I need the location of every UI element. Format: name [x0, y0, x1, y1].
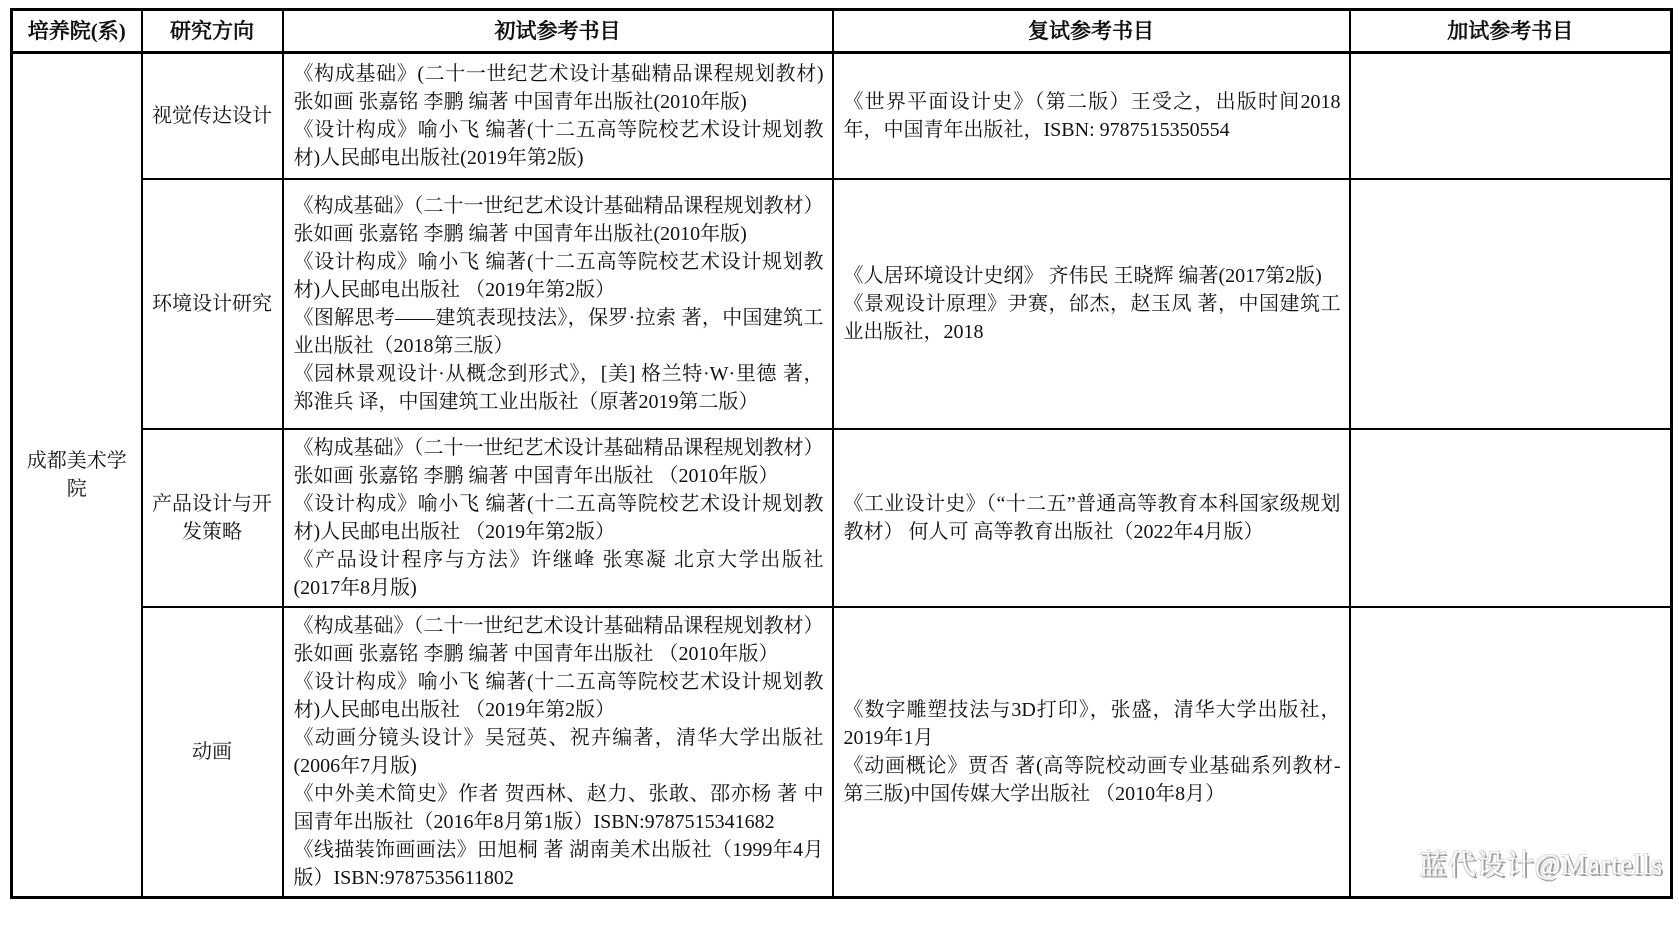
retest-books-cell: 《人居环境设计史纲》 齐伟民 王晓辉 编著(2017第2版)《景观设计原理》尹赛… — [833, 179, 1350, 429]
book-entry: 《构成基础》(二十一世纪艺术设计基础精品课程规划教材)张如画 张嘉铭 李鹏 编著… — [294, 60, 824, 116]
book-entry: 《产品设计程序与方法》许继峰 张寒凝 北京大学出版社(2017年8月版) — [294, 546, 824, 602]
book-entry: 《构成基础》（二十一世纪艺术设计基础精品课程规划教材） 张如画 张嘉铭 李鹏 编… — [294, 612, 824, 668]
header-cell-college: 培养院(系) — [12, 10, 142, 53]
book-entry: 《设计构成》喻小飞 编著(十二五高等院校艺术设计规划教材)人民邮电出版社(201… — [294, 116, 824, 172]
book-entry: 《人居环境设计史纲》 齐伟民 王晓辉 编著(2017第2版) — [844, 262, 1341, 290]
reference-books-table: 培养院(系) 研究方向 初试参考书目 复试参考书目 加试参考书目 成都美术学院 … — [10, 8, 1673, 899]
book-entry: 《中外美术简史》作者 贺西林、赵力、张敢、邵亦杨 著 中国青年出版社（2016年… — [294, 780, 824, 836]
retest-books-cell: 《世界平面设计史》（第二版）王受之，出版时间2018年，中国青年出版社，ISBN… — [833, 53, 1350, 179]
book-entry: 《工业设计史》（“十二五”普通高等教育本科国家级规划教材） 何人可 高等教育出版… — [844, 490, 1341, 546]
additional-books-cell — [1350, 53, 1672, 179]
watermark: 蓝代设计@Martells — [1419, 843, 1663, 883]
book-entry: 《线描装饰画画法》田旭桐 著 湖南美术出版社（1999年4月版）ISBN:978… — [294, 836, 824, 892]
table-row: 成都美术学院 视觉传达设计 《构成基础》(二十一世纪艺术设计基础精品课程规划教材… — [12, 53, 1672, 179]
header-cell-direction: 研究方向 — [142, 10, 283, 53]
initial-books-cell: 《构成基础》（二十一世纪艺术设计基础精品课程规划教材） 张如画 张嘉铭 李鹏 编… — [283, 607, 833, 898]
book-entry: 《设计构成》喻小飞 编著(十二五高等院校艺术设计规划教材)人民邮电出版社 （20… — [294, 248, 824, 304]
college-cell: 成都美术学院 — [12, 53, 142, 898]
page: 培养院(系) 研究方向 初试参考书目 复试参考书目 加试参考书目 成都美术学院 … — [0, 0, 1679, 942]
book-entry: 《构成基础》（二十一世纪艺术设计基础精品课程规划教材） 张如画 张嘉铭 李鹏 编… — [294, 434, 824, 490]
initial-books-cell: 《构成基础》（二十一世纪艺术设计基础精品课程规划教材） 张如画 张嘉铭 李鹏 编… — [283, 429, 833, 607]
book-entry: 《动画概论》贾否 著(高等院校动画专业基础系列教材-第三版)中国传媒大学出版社 … — [844, 752, 1341, 808]
table-row: 环境设计研究 《构成基础》（二十一世纪艺术设计基础精品课程规划教材） 张如画 张… — [12, 179, 1672, 429]
book-entry: 《世界平面设计史》（第二版）王受之，出版时间2018年，中国青年出版社，ISBN… — [844, 88, 1341, 144]
additional-books-cell — [1350, 179, 1672, 429]
book-entry: 《景观设计原理》尹赛，邰杰，赵玉凤 著，中国建筑工业出版社，2018 — [844, 290, 1341, 346]
initial-books-cell: 《构成基础》(二十一世纪艺术设计基础精品课程规划教材)张如画 张嘉铭 李鹏 编著… — [283, 53, 833, 179]
direction-cell: 产品设计与开发策略 — [142, 429, 283, 607]
header-cell-initial-exam: 初试参考书目 — [283, 10, 833, 53]
header-row: 培养院(系) 研究方向 初试参考书目 复试参考书目 加试参考书目 — [12, 10, 1672, 53]
additional-books-cell — [1350, 429, 1672, 607]
header-cell-additional-exam: 加试参考书目 — [1350, 10, 1672, 53]
retest-books-cell: 《数字雕塑技法与3D打印》，张盛，清华大学出版社，2019年1月《动画概论》贾否… — [833, 607, 1350, 898]
book-entry: 《设计构成》喻小飞 编著(十二五高等院校艺术设计规划教材)人民邮电出版社 （20… — [294, 490, 824, 546]
book-entry: 《数字雕塑技法与3D打印》，张盛，清华大学出版社，2019年1月 — [844, 696, 1341, 752]
initial-books-cell: 《构成基础》（二十一世纪艺术设计基础精品课程规划教材） 张如画 张嘉铭 李鹏 编… — [283, 179, 833, 429]
table-row: 产品设计与开发策略 《构成基础》（二十一世纪艺术设计基础精品课程规划教材） 张如… — [12, 429, 1672, 607]
header-cell-retest: 复试参考书目 — [833, 10, 1350, 53]
book-entry: 《构成基础》（二十一世纪艺术设计基础精品课程规划教材） 张如画 张嘉铭 李鹏 编… — [294, 192, 824, 248]
book-entry: 《园林景观设计·从概念到形式》，[美] 格兰特·W·里德 著，郑淮兵 译，中国建… — [294, 360, 824, 416]
book-entry: 《图解思考——建筑表现技法》，保罗·拉索 著，中国建筑工业出版社（2018第三版… — [294, 304, 824, 360]
direction-cell: 视觉传达设计 — [142, 53, 283, 179]
book-entry: 《动画分镜头设计》吴冠英、祝卉编著，清华大学出版社(2006年7月版) — [294, 724, 824, 780]
book-entry: 《设计构成》喻小飞 编著(十二五高等院校艺术设计规划教材)人民邮电出版社 （20… — [294, 668, 824, 724]
retest-books-cell: 《工业设计史》（“十二五”普通高等教育本科国家级规划教材） 何人可 高等教育出版… — [833, 429, 1350, 607]
direction-cell: 环境设计研究 — [142, 179, 283, 429]
direction-cell: 动画 — [142, 607, 283, 898]
